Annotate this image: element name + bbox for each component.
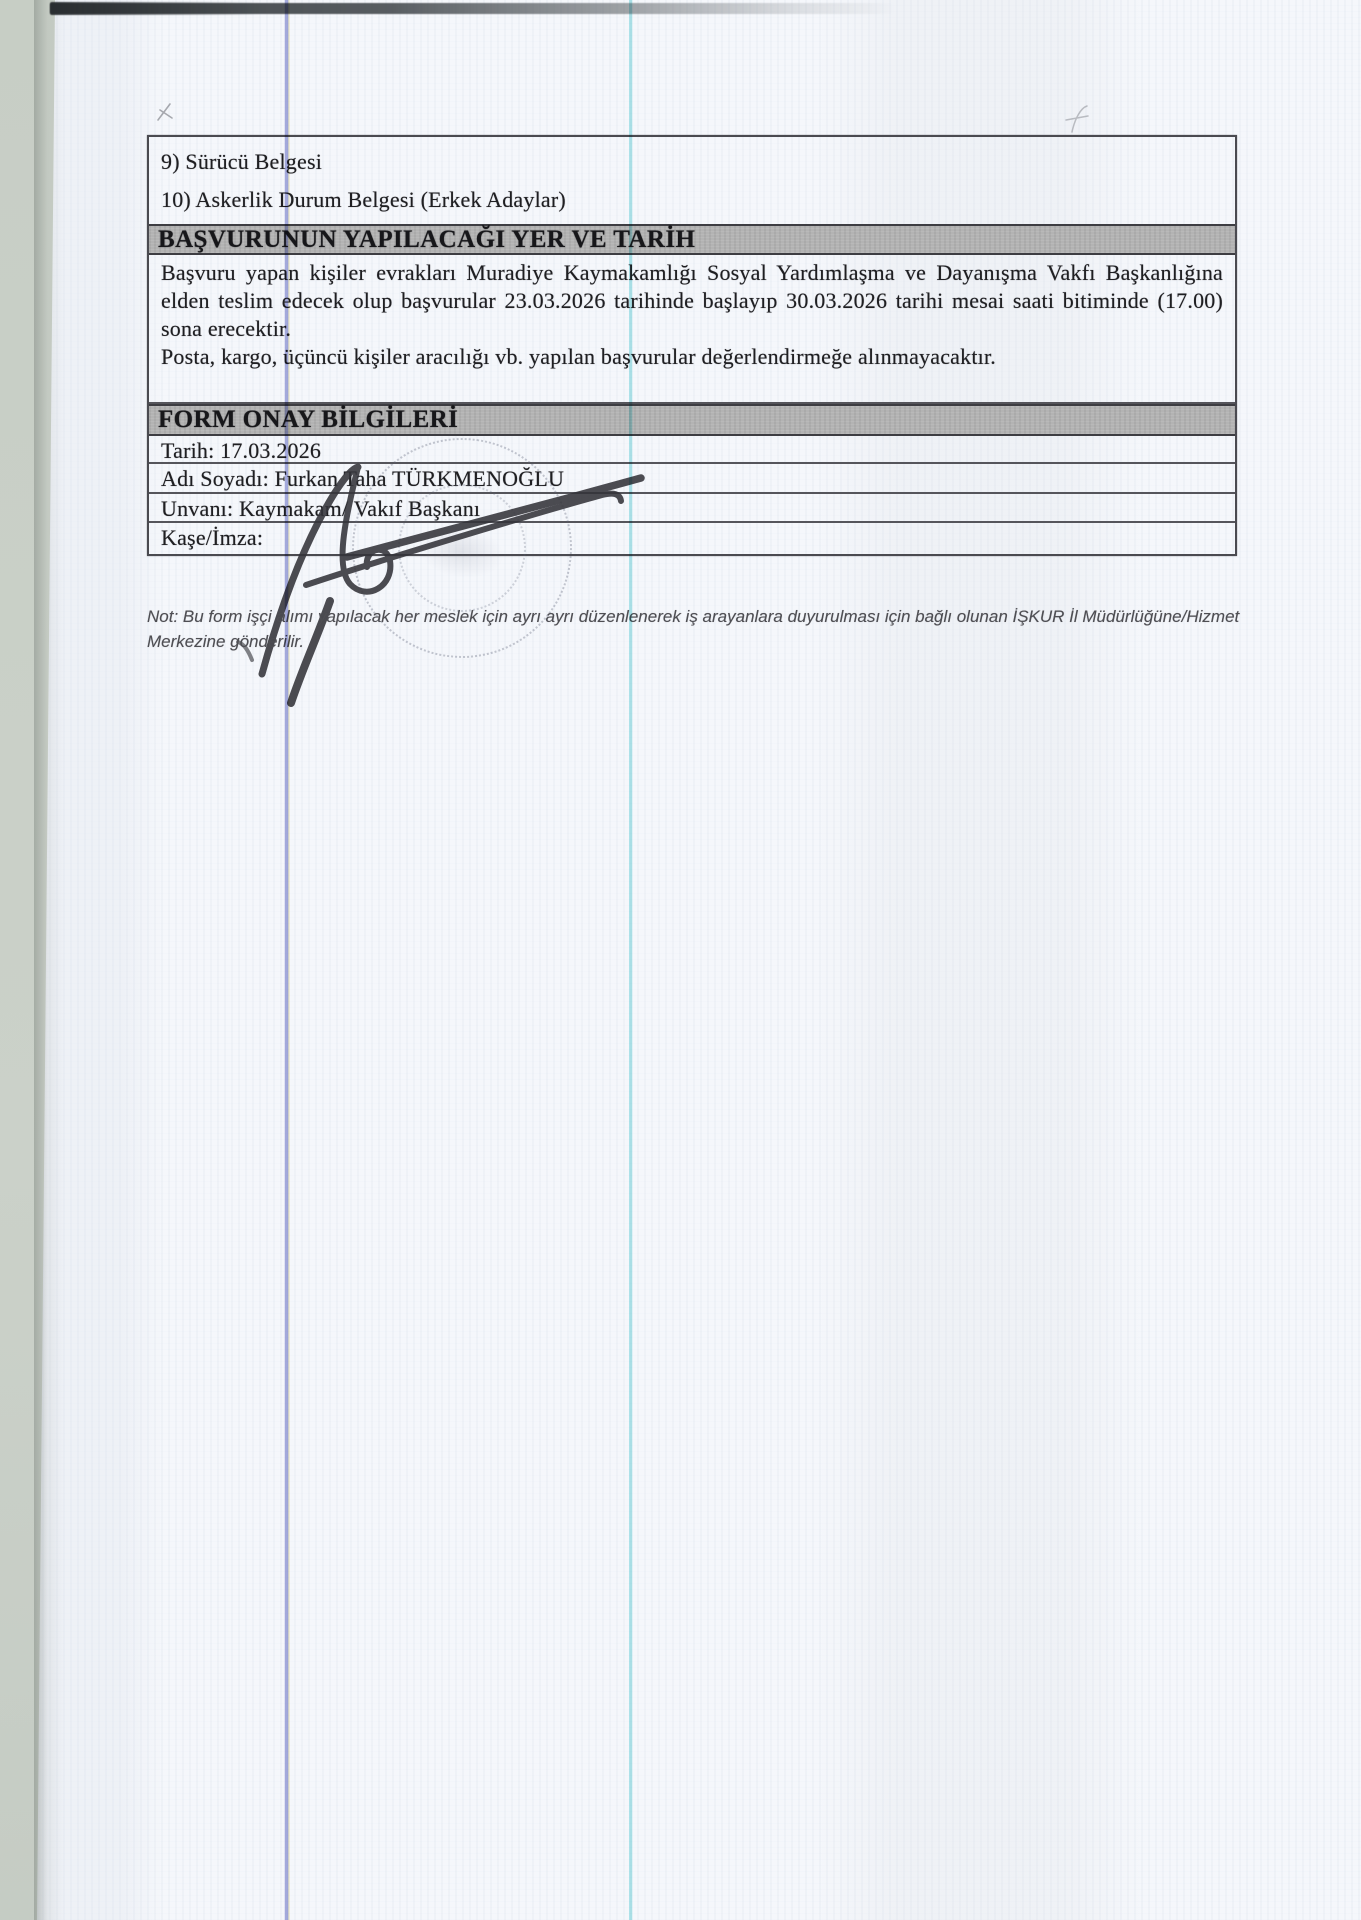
approval-row-stamp-signature: Kaşe/İmza: — [149, 523, 1235, 554]
approval-row-name: Adı Soyadı: Furkan Taha TÜRKMENOĞLU — [149, 464, 1235, 494]
application-paragraph-1: Başvuru yapan kişiler evrakları Muradiye… — [161, 259, 1223, 343]
section-header-application: BAŞVURUNUN YAPILACAĞI YER VE TARİH — [149, 224, 1235, 255]
checklist-item-10: 10) Askerlik Durum Belgesi (Erkek Adayla… — [161, 179, 1223, 217]
checklist-item-9: 9) Sürücü Belgesi — [161, 141, 1223, 179]
scanner-bed-strip — [0, 0, 60, 1920]
paper-top-edge-dark — [50, 2, 260, 15]
document-checklist-cell: 9) Sürücü Belgesi 10) Askerlik Durum Bel… — [149, 137, 1235, 224]
approval-name-text: Adı Soyadı: Furkan Taha TÜRKMENOĞLU — [149, 464, 576, 493]
form-table: 9) Sürücü Belgesi 10) Askerlik Durum Bel… — [147, 135, 1237, 556]
approval-stamp-label: Kaşe/İmza: — [149, 523, 275, 552]
section-header-approval: FORM ONAY BİLGİLERİ — [149, 404, 1235, 436]
approval-row-date: Tarih: 17.03.2026 — [149, 436, 1235, 464]
approval-date-text: Tarih: 17.03.2026 — [149, 436, 333, 465]
scanned-document-page: 9) Sürücü Belgesi 10) Askerlik Durum Bel… — [0, 0, 1361, 1920]
pencil-mark-right — [1058, 98, 1108, 140]
section-title-approval: FORM ONAY BİLGİLERİ — [149, 406, 458, 434]
section-title-application: BAŞVURUNUN YAPILACAĞI YER VE TARİH — [149, 226, 695, 254]
footer-note: Not: Bu form işçi alımı yapılacak her me… — [147, 604, 1251, 654]
application-paragraph-2: Posta, kargo, üçüncü kişiler aracılığı v… — [161, 343, 1223, 371]
approval-row-title: Unvanı: Kaymakam/ Vakıf Başkanı — [149, 494, 1235, 523]
approval-title-text: Unvanı: Kaymakam/ Vakıf Başkanı — [149, 494, 492, 523]
pencil-mark-left — [150, 98, 190, 128]
application-details-cell: Başvuru yapan kişiler evrakları Muradiye… — [149, 255, 1235, 404]
